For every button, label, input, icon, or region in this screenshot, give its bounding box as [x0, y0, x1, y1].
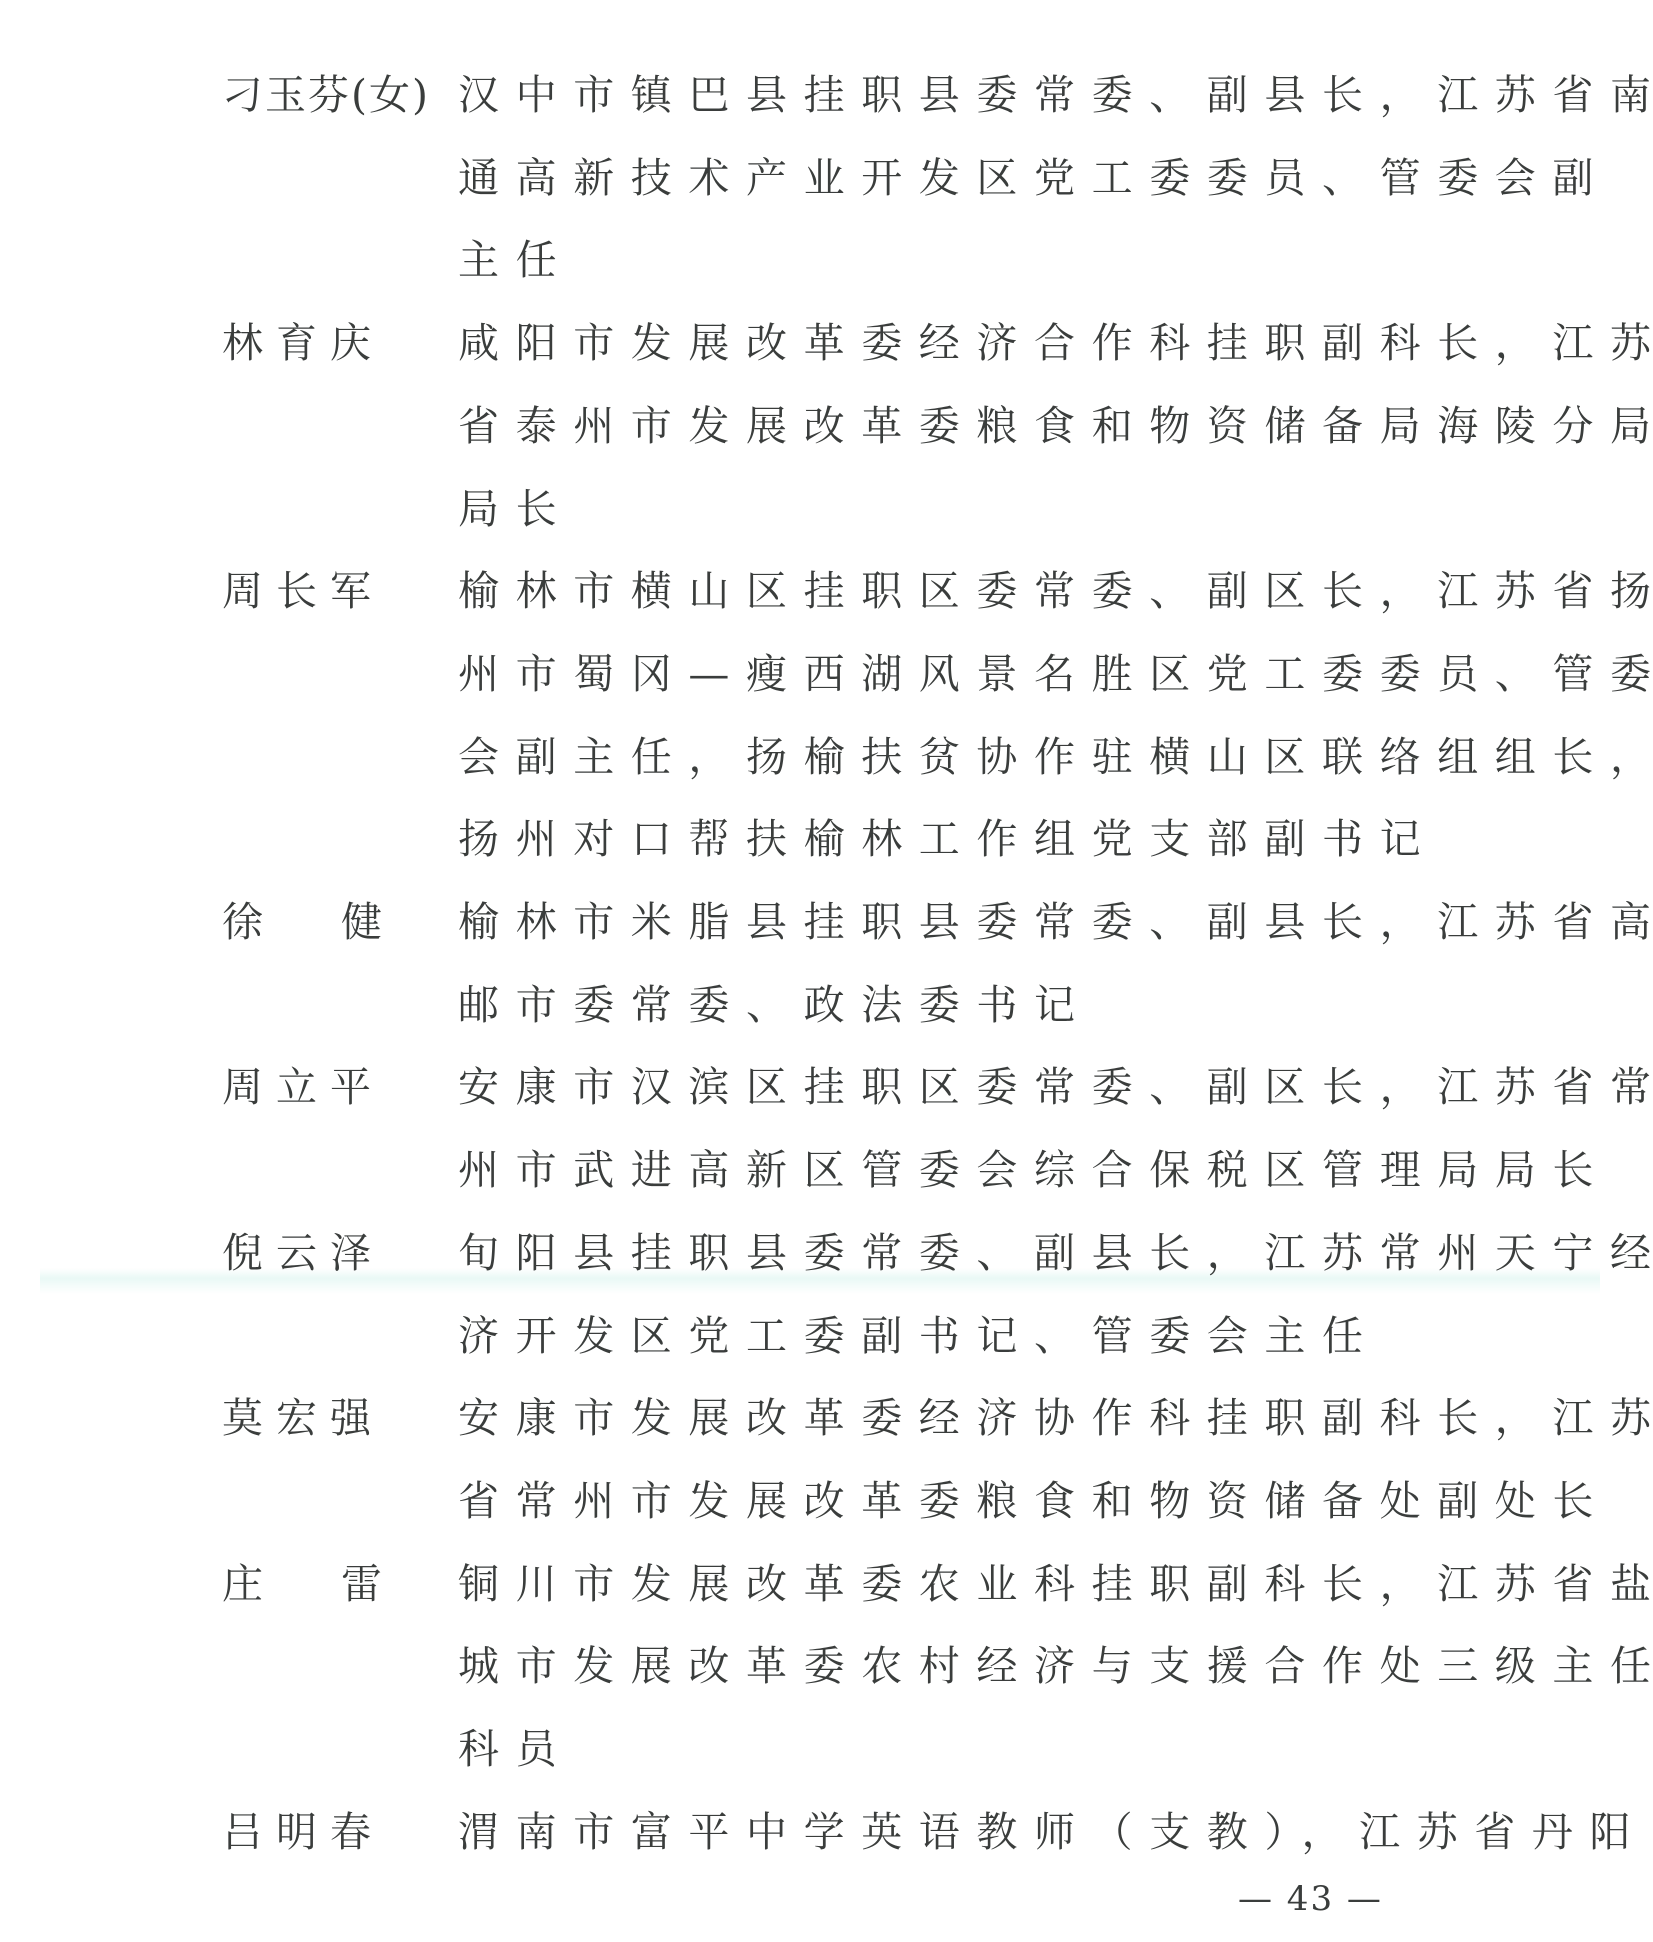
- person-name: 吕明春: [222, 1791, 458, 1874]
- position-description: 榆林市米脂县挂职县委常委、副县长，江苏省高 邮市委常委、政法委书记: [458, 881, 1448, 1046]
- description-line: 安康市汉滨区挂职区委常委、副区长，江苏省常: [458, 1046, 1448, 1129]
- position-description: 咸阳市发展改革委经济合作科挂职副科长，江苏 省泰州市发展改革委粮食和物资储备局海…: [458, 302, 1448, 550]
- description-line: 州市蜀冈—瘦西湖风景名胜区党工委委员、管委: [458, 633, 1448, 716]
- position-description: 安康市汉滨区挂职区委常委、副区长，江苏省常 州市武进高新区管委会综合保税区管理局…: [458, 1046, 1448, 1211]
- position-description: 汉中市镇巴县挂职县委常委、副县长，江苏省南 通高新技术产业开发区党工委委员、管委…: [458, 54, 1448, 302]
- description-line: 安康市发展改革委经济协作科挂职副科长，江苏: [458, 1377, 1448, 1460]
- description-line: 通高新技术产业开发区党工委委员、管委会副: [458, 137, 1448, 220]
- position-description: 安康市发展改革委经济协作科挂职副科长，江苏 省常州市发展改革委粮食和物资储备处副…: [458, 1377, 1448, 1542]
- roster-entry: 林育庆 咸阳市发展改革委经济合作科挂职副科长，江苏 省泰州市发展改革委粮食和物资…: [222, 302, 1452, 550]
- description-line: 汉中市镇巴县挂职县委常委、副县长，江苏省南: [458, 54, 1448, 137]
- description-line: 城市发展改革委农村经济与支援合作处三级主任: [458, 1625, 1448, 1708]
- document-page: 刁玉芬(女) 汉中市镇巴县挂职县委常委、副县长，江苏省南 通高新技术产业开发区党…: [0, 0, 1653, 1942]
- description-line: 扬州对口帮扶榆林工作组党支部副书记: [458, 798, 1448, 881]
- roster-entry: 周长军 榆林市横山区挂职区委常委、副区长，江苏省扬 州市蜀冈—瘦西湖风景名胜区党…: [222, 550, 1452, 881]
- roster-entry: 周立平 安康市汉滨区挂职区委常委、副区长，江苏省常 州市武进高新区管委会综合保税…: [222, 1046, 1452, 1211]
- description-line: 榆林市米脂县挂职县委常委、副县长，江苏省高: [458, 881, 1448, 964]
- description-line: 省泰州市发展改革委粮食和物资储备局海陵分局: [458, 385, 1448, 468]
- description-line: 旬阳县挂职县委常委、副县长，江苏常州天宁经: [458, 1212, 1448, 1295]
- description-line: 渭南市富平中学英语教师（支教），江苏省丹阳: [458, 1791, 1448, 1874]
- person-name: 庄雷: [222, 1543, 458, 1626]
- description-line: 邮市委常委、政法委书记: [458, 964, 1448, 1047]
- person-name: 周立平: [222, 1046, 458, 1129]
- roster-entry: 莫宏强 安康市发展改革委经济协作科挂职副科长，江苏 省常州市发展改革委粮食和物资…: [222, 1377, 1452, 1542]
- description-line: 铜川市发展改革委农业科挂职副科长，江苏省盐: [458, 1543, 1448, 1626]
- page-number: — 43 —: [1238, 1876, 1383, 1922]
- roster-entry: 刁玉芬(女) 汉中市镇巴县挂职县委常委、副县长，江苏省南 通高新技术产业开发区党…: [222, 54, 1452, 302]
- description-line: 咸阳市发展改革委经济合作科挂职副科长，江苏: [458, 302, 1448, 385]
- roster-entry: 倪云泽 旬阳县挂职县委常委、副县长，江苏常州天宁经 济开发区党工委副书记、管委会…: [222, 1212, 1452, 1377]
- person-name: 周长军: [222, 550, 458, 633]
- person-name: 刁玉芬(女): [222, 54, 458, 137]
- description-line: 州市武进高新区管委会综合保税区管理局局长: [458, 1129, 1448, 1212]
- description-line: 榆林市横山区挂职区委常委、副区长，江苏省扬: [458, 550, 1448, 633]
- position-description: 榆林市横山区挂职区委常委、副区长，江苏省扬 州市蜀冈—瘦西湖风景名胜区党工委委员…: [458, 550, 1448, 881]
- description-line: 省常州市发展改革委粮食和物资储备处副处长: [458, 1460, 1448, 1543]
- position-description: 铜川市发展改革委农业科挂职副科长，江苏省盐 城市发展改革委农村经济与支援合作处三…: [458, 1543, 1448, 1791]
- position-description: 渭南市富平中学英语教师（支教），江苏省丹阳: [458, 1791, 1448, 1874]
- position-description: 旬阳县挂职县委常委、副县长，江苏常州天宁经 济开发区党工委副书记、管委会主任: [458, 1212, 1448, 1377]
- person-name: 莫宏强: [222, 1377, 458, 1460]
- person-name: 倪云泽: [222, 1212, 458, 1295]
- personnel-roster: 刁玉芬(女) 汉中市镇巴县挂职县委常委、副县长，江苏省南 通高新技术产业开发区党…: [222, 54, 1452, 1873]
- person-name: 林育庆: [222, 302, 458, 385]
- roster-entry: 吕明春 渭南市富平中学英语教师（支教），江苏省丹阳: [222, 1791, 1452, 1874]
- description-line: 会副主任，扬榆扶贫协作驻横山区联络组组长，: [458, 716, 1448, 799]
- description-line: 局长: [458, 468, 1448, 551]
- description-line: 济开发区党工委副书记、管委会主任: [458, 1295, 1448, 1378]
- roster-entry: 徐健 榆林市米脂县挂职县委常委、副县长，江苏省高 邮市委常委、政法委书记: [222, 881, 1452, 1046]
- description-line: 科员: [458, 1708, 1448, 1791]
- roster-entry: 庄雷 铜川市发展改革委农业科挂职副科长，江苏省盐 城市发展改革委农村经济与支援合…: [222, 1543, 1452, 1791]
- person-name: 徐健: [222, 881, 458, 964]
- description-line: 主任: [458, 219, 1448, 302]
